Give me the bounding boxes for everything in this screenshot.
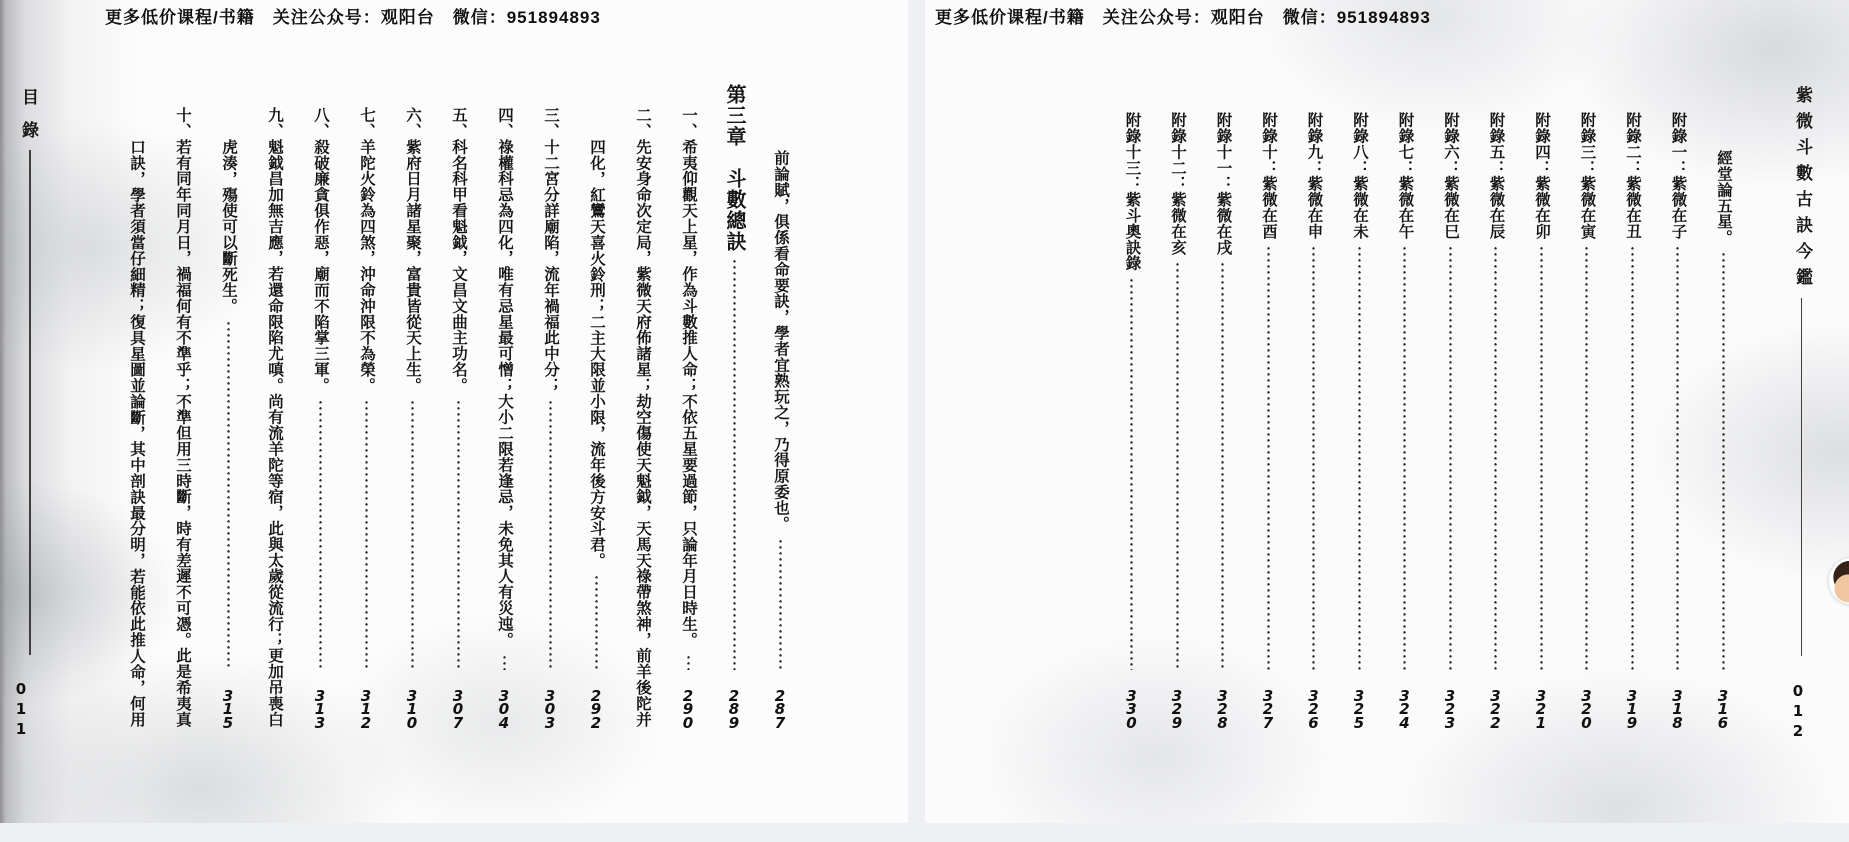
dotted-leader [1358, 246, 1361, 669]
toc-entry-column: 附錄七：紫微在午324 [1383, 112, 1427, 730]
toc-page-number: 320 [1581, 690, 1591, 731]
toc-entry-text: 三、十二宮分詳廟陷，流年禍福此中分； [528, 107, 572, 393]
toc-entry-column: 附錄九：紫微在申326 [1292, 112, 1336, 730]
dotted-leader [1494, 246, 1497, 669]
right-margin-rule [1801, 298, 1803, 656]
left-margin-title: 目錄 [16, 88, 41, 154]
toc-page-number: 290 [683, 690, 693, 731]
toc-entry-text: 六、紫府日月諸星聚，富貴皆從天上生。 [390, 107, 434, 393]
dotted-leader [319, 400, 322, 669]
toc-entry-column: 附錄十：紫微在酉327 [1246, 112, 1290, 730]
toc-entry-column: 三、十二宮分詳廟陷，流年禍福此中分；303 [528, 107, 572, 730]
toc-entry-column: 附錄六：紫微在巳323 [1428, 112, 1472, 730]
dotted-leader [365, 400, 368, 669]
toc-page-number: 327 [1263, 690, 1273, 731]
toc-page-number: 315 [223, 690, 233, 731]
dotted-leader [1312, 246, 1315, 669]
dotted-leader [549, 400, 552, 669]
toc-entry-column: 附錄二：紫微在丑319 [1610, 112, 1654, 730]
dotted-leader [1403, 246, 1406, 669]
dotted-leader [1722, 252, 1725, 669]
toc-page-number: 304 [499, 690, 509, 731]
toc-entry-text: 附錄九：紫微在申 [1292, 112, 1336, 239]
toc-entry-text: 虎湊，殤使可以斷死生。 [206, 139, 250, 314]
left-page-folio: 011 [12, 680, 30, 740]
toc-page-number: 325 [1354, 690, 1364, 731]
toc-entry-column: 附錄四：紫微在卯321 [1519, 112, 1563, 730]
toc-page-number: 292 [591, 690, 601, 731]
toc-page-number: 307 [453, 690, 463, 731]
dotted-leader [1176, 262, 1179, 669]
toc-page-number: 330 [1126, 690, 1136, 731]
dotted-leader [1676, 246, 1679, 669]
toc-entry-text: 附錄四：紫微在卯 [1519, 112, 1563, 239]
dotted-leader [1585, 246, 1588, 669]
toc-page-number: 326 [1308, 690, 1318, 731]
toc-entry-text: 附錄六：紫微在巳 [1428, 112, 1472, 239]
toc-entry-text: 十、若有同年同月日，禍福何有不準乎；不準但用三時斷，時有差遲不可憑。此是希夷真 [160, 107, 204, 727]
dotted-leader [411, 400, 414, 669]
toc-entry-text: 附錄一：紫微在子 [1656, 112, 1700, 239]
left-margin-rule [29, 150, 31, 655]
dotted-leader [1449, 246, 1452, 669]
toc-page-number: 318 [1672, 690, 1682, 731]
toc-page-number: 323 [1445, 690, 1455, 731]
toc-entry-column: 九、魁鉞昌加無吉應，若還命限陷尤嗔。尚有流羊陀等宿，此與太歲從流行；更加吊喪白 [252, 107, 296, 730]
toc-entry-text: 五、科名科甲看魁鉞，文昌文曲主功名。 [436, 107, 480, 393]
toc-entry-column: 附錄三：紫微在寅320 [1565, 112, 1609, 730]
toc-entry-text: 附錄五：紫微在辰 [1474, 112, 1518, 239]
toc-page-number: 310 [407, 690, 417, 731]
dotted-leader [1631, 246, 1634, 669]
toc-page-number: 303 [545, 690, 555, 731]
toc-entry-text: 四化，紅鸞天喜火鈴刑；二主大限並小限，流年後方安斗君。 [574, 139, 618, 568]
dotted-leader [1267, 246, 1270, 669]
toc-entry-text: 第三章 斗數總訣 [712, 84, 756, 252]
toc-page-number: 321 [1536, 690, 1546, 731]
toc-entry-column: 五、科名科甲看魁鉞，文昌文曲主功名。307 [436, 107, 480, 730]
toc-entry-column: 四化，紅鸞天喜火鈴刑；二主大限並小限，流年後方安斗君。292 [574, 139, 618, 730]
dotted-leader [503, 655, 506, 670]
toc-entry-column: 附錄八：紫微在未325 [1337, 112, 1381, 730]
toc-page-number: 312 [361, 690, 371, 731]
book-scan-viewer: { "viewer": { "background_color": "#eef0… [0, 0, 1849, 842]
toc-page-number: 319 [1627, 690, 1637, 731]
toc-entry-column: 第三章 斗數總訣289 [712, 84, 756, 730]
toc-entry-text: 九、魁鉞昌加無吉應，若還命限陷尤嗔。尚有流羊陀等宿，此與太歲從流行；更加吊喪白 [252, 107, 296, 727]
toc-entry-column: 口訣，學者須當仔細精；復具星圖並論斷，其中剖訣最分明，若能依此推人命，何用 [114, 139, 158, 730]
dotted-leader [779, 539, 782, 670]
promo-header-right: 更多低价课程/书籍 关注公众号：观阳台 微信：951894893 [935, 3, 1431, 28]
toc-entry-text: 七、羊陀火鈴為四煞，沖命沖限不為榮。 [344, 107, 388, 393]
toc-entry-column: 附錄十三：紫斗奧訣錄330 [1110, 112, 1154, 730]
right-margin-title: 紫微斗數古訣今鑑 [1790, 86, 1815, 294]
toc-entry-text: 附錄十二：紫微在亥 [1155, 112, 1199, 255]
toc-entry-column: 經堂論五星。316 [1701, 150, 1745, 730]
toc-page-number: 316 [1718, 690, 1728, 731]
dotted-leader [1130, 278, 1133, 670]
toc-entry-text: 附錄十一：紫微在戌 [1201, 112, 1245, 255]
toc-entry-column: 十、若有同年同月日，禍福何有不準乎；不準但用三時斷，時有差遲不可憑。此是希夷真 [160, 107, 204, 730]
toc-entry-text: 附錄十：紫微在酉 [1246, 112, 1290, 239]
left-book-page: 更多低价课程/书籍 关注公众号：观阳台 微信：951894893 目錄 011 … [0, 0, 908, 823]
toc-entry-column: 附錄一：紫微在子318 [1656, 112, 1700, 730]
toc-page-number: 324 [1399, 690, 1409, 731]
toc-entry-column: 前論賦，俱係看命要訣，學者宜熟玩之，乃得原委也。287 [758, 150, 802, 730]
dotted-leader [595, 575, 598, 669]
toc-entry-column: 四、祿權科忌為四化，唯有忌星最可憎；大小二限若逢忌，未免其人有災迍。304 [482, 107, 526, 730]
toc-entry-text: 附錄八：紫微在未 [1337, 112, 1381, 239]
toc-entry-column: 附錄五：紫微在辰322 [1474, 112, 1518, 730]
toc-entry-text: 口訣，學者須當仔細精；復具星圖並論斷，其中剖訣最分明，若能依此推人命，何用 [114, 139, 158, 727]
dotted-leader [1540, 246, 1543, 669]
toc-entry-column: 八、殺破廉貪俱作惡，廟而不陷掌三軍。313 [298, 107, 342, 730]
promo-header-left: 更多低价课程/书籍 关注公众号：观阳台 微信：951894893 [105, 3, 601, 28]
toc-page-number: 322 [1490, 690, 1500, 731]
toc-entry-text: 八、殺破廉貪俱作惡，廟而不陷掌三軍。 [298, 107, 342, 393]
toc-page-number: 329 [1172, 690, 1182, 731]
toc-entry-column: 附錄十一：紫微在戌328 [1201, 112, 1245, 730]
toc-page-number: 313 [315, 690, 325, 731]
toc-entry-column: 一、希夷仰觀天上星，作為斗數推人命；不依五星要過節，只論年月日時生。290 [666, 107, 710, 730]
right-book-page: 更多低价课程/书籍 关注公众号：观阳台 微信：951894893 紫微斗數古訣今… [925, 0, 1849, 823]
toc-entry-text: 前論賦，俱係看命要訣，學者宜熟玩之，乃得原委也。 [758, 150, 802, 532]
toc-entry-text: 附錄十三：紫斗奧訣錄 [1110, 112, 1154, 271]
toc-page-number: 289 [729, 690, 739, 731]
dotted-leader [687, 655, 690, 670]
dotted-leader [227, 321, 230, 670]
toc-entry-text: 附錄三：紫微在寅 [1565, 112, 1609, 239]
right-page-folio: 012 [1789, 682, 1807, 742]
toc-entry-text: 附錄二：紫微在丑 [1610, 112, 1654, 239]
toc-page-number: 328 [1217, 690, 1227, 731]
toc-entry-text: 經堂論五星。 [1701, 150, 1745, 245]
toc-entry-column: 二、先安身命次定局，紫微天府佈諸星；劫空傷使天魁鉞，天馬天祿帶煞神，前羊後陀并 [620, 107, 664, 730]
toc-entry-text: 二、先安身命次定局，紫微天府佈諸星；劫空傷使天魁鉞，天馬天祿帶煞神，前羊後陀并 [620, 107, 664, 727]
dotted-leader [1221, 262, 1224, 669]
person-avatar-icon[interactable] [1829, 558, 1849, 604]
toc-page-number: 287 [775, 690, 785, 731]
toc-entry-column: 七、羊陀火鈴為四煞，沖命沖限不為榮。312 [344, 107, 388, 730]
toc-entry-column: 虎湊，殤使可以斷死生。315 [206, 139, 250, 730]
dotted-leader [733, 259, 736, 670]
toc-entry-text: 一、希夷仰觀天上星，作為斗數推人命；不依五星要過節，只論年月日時生。 [666, 107, 710, 648]
dotted-leader [457, 400, 460, 669]
toc-entry-column: 六、紫府日月諸星聚，富貴皆從天上生。310 [390, 107, 434, 730]
toc-entry-column: 附錄十二：紫微在亥329 [1155, 112, 1199, 730]
toc-entry-text: 四、祿權科忌為四化，唯有忌星最可憎；大小二限若逢忌，未免其人有災迍。 [482, 107, 526, 648]
toc-entry-text: 附錄七：紫微在午 [1383, 112, 1427, 239]
